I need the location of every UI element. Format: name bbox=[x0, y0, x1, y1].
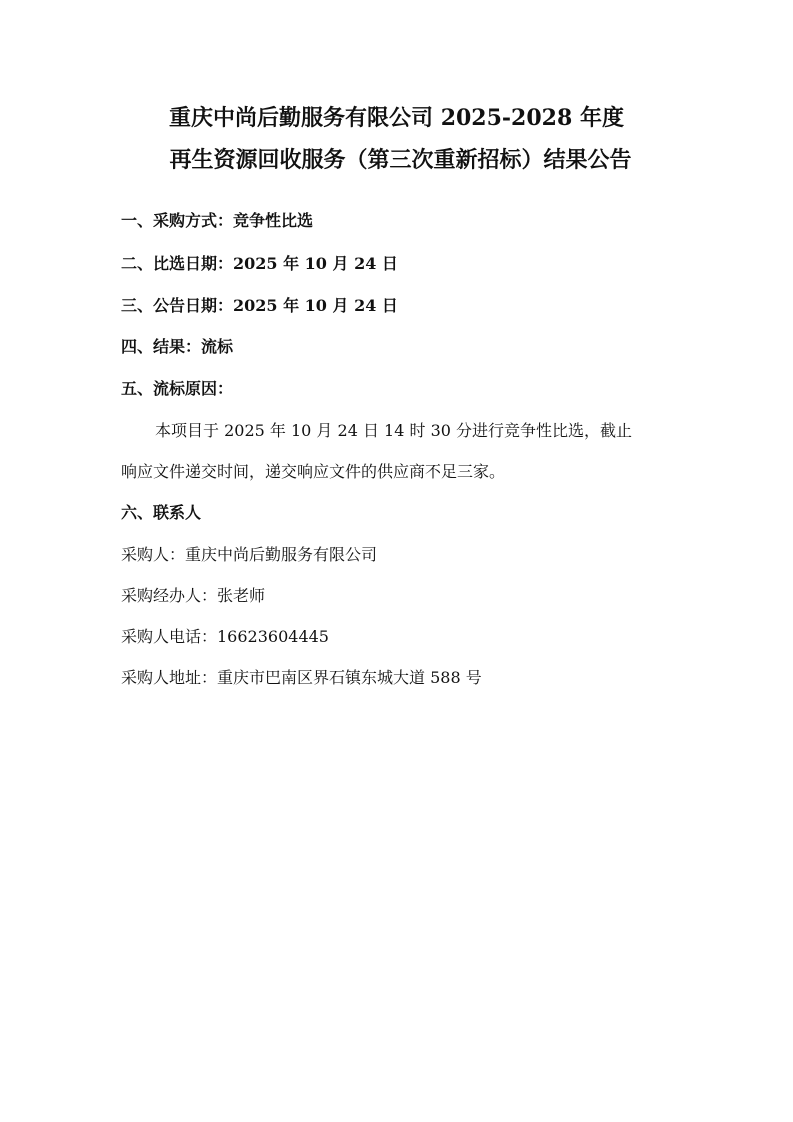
document-title-line-1: 重庆中尚后勤服务有限公司 2025-2028 年度 bbox=[0, 103, 793, 133]
contact-agent: 采购经办人：张老师 bbox=[121, 585, 265, 607]
section-failure-reason: 五、流标原因： bbox=[121, 378, 233, 400]
section-result: 四、结果：流标 bbox=[121, 336, 233, 358]
document-page: 重庆中尚后勤服务有限公司 2025-2028 年度 再生资源回收服务（第三次重新… bbox=[0, 0, 793, 1122]
contact-address: 采购人地址：重庆市巴南区界石镇东城大道 588 号 bbox=[121, 667, 482, 689]
reason-paragraph-line-1: 本项目于 2025 年 10 月 24 日 14 时 30 分进行竞争性比选，截… bbox=[155, 420, 632, 442]
section-contact: 六、联系人 bbox=[121, 502, 201, 524]
section-selection-date: 二、比选日期：2025 年 10 月 24 日 bbox=[121, 253, 398, 275]
contact-phone: 采购人电话：16623604445 bbox=[121, 626, 329, 648]
contact-purchaser: 采购人：重庆中尚后勤服务有限公司 bbox=[121, 544, 377, 566]
section-announcement-date: 三、公告日期：2025 年 10 月 24 日 bbox=[121, 295, 398, 317]
document-title-line-2: 再生资源回收服务（第三次重新招标）结果公告 bbox=[4, 145, 793, 175]
reason-paragraph-line-2: 响应文件递交时间，递交响应文件的供应商不足三家。 bbox=[121, 461, 505, 483]
section-procurement-method: 一、采购方式：竞争性比选 bbox=[121, 210, 313, 232]
